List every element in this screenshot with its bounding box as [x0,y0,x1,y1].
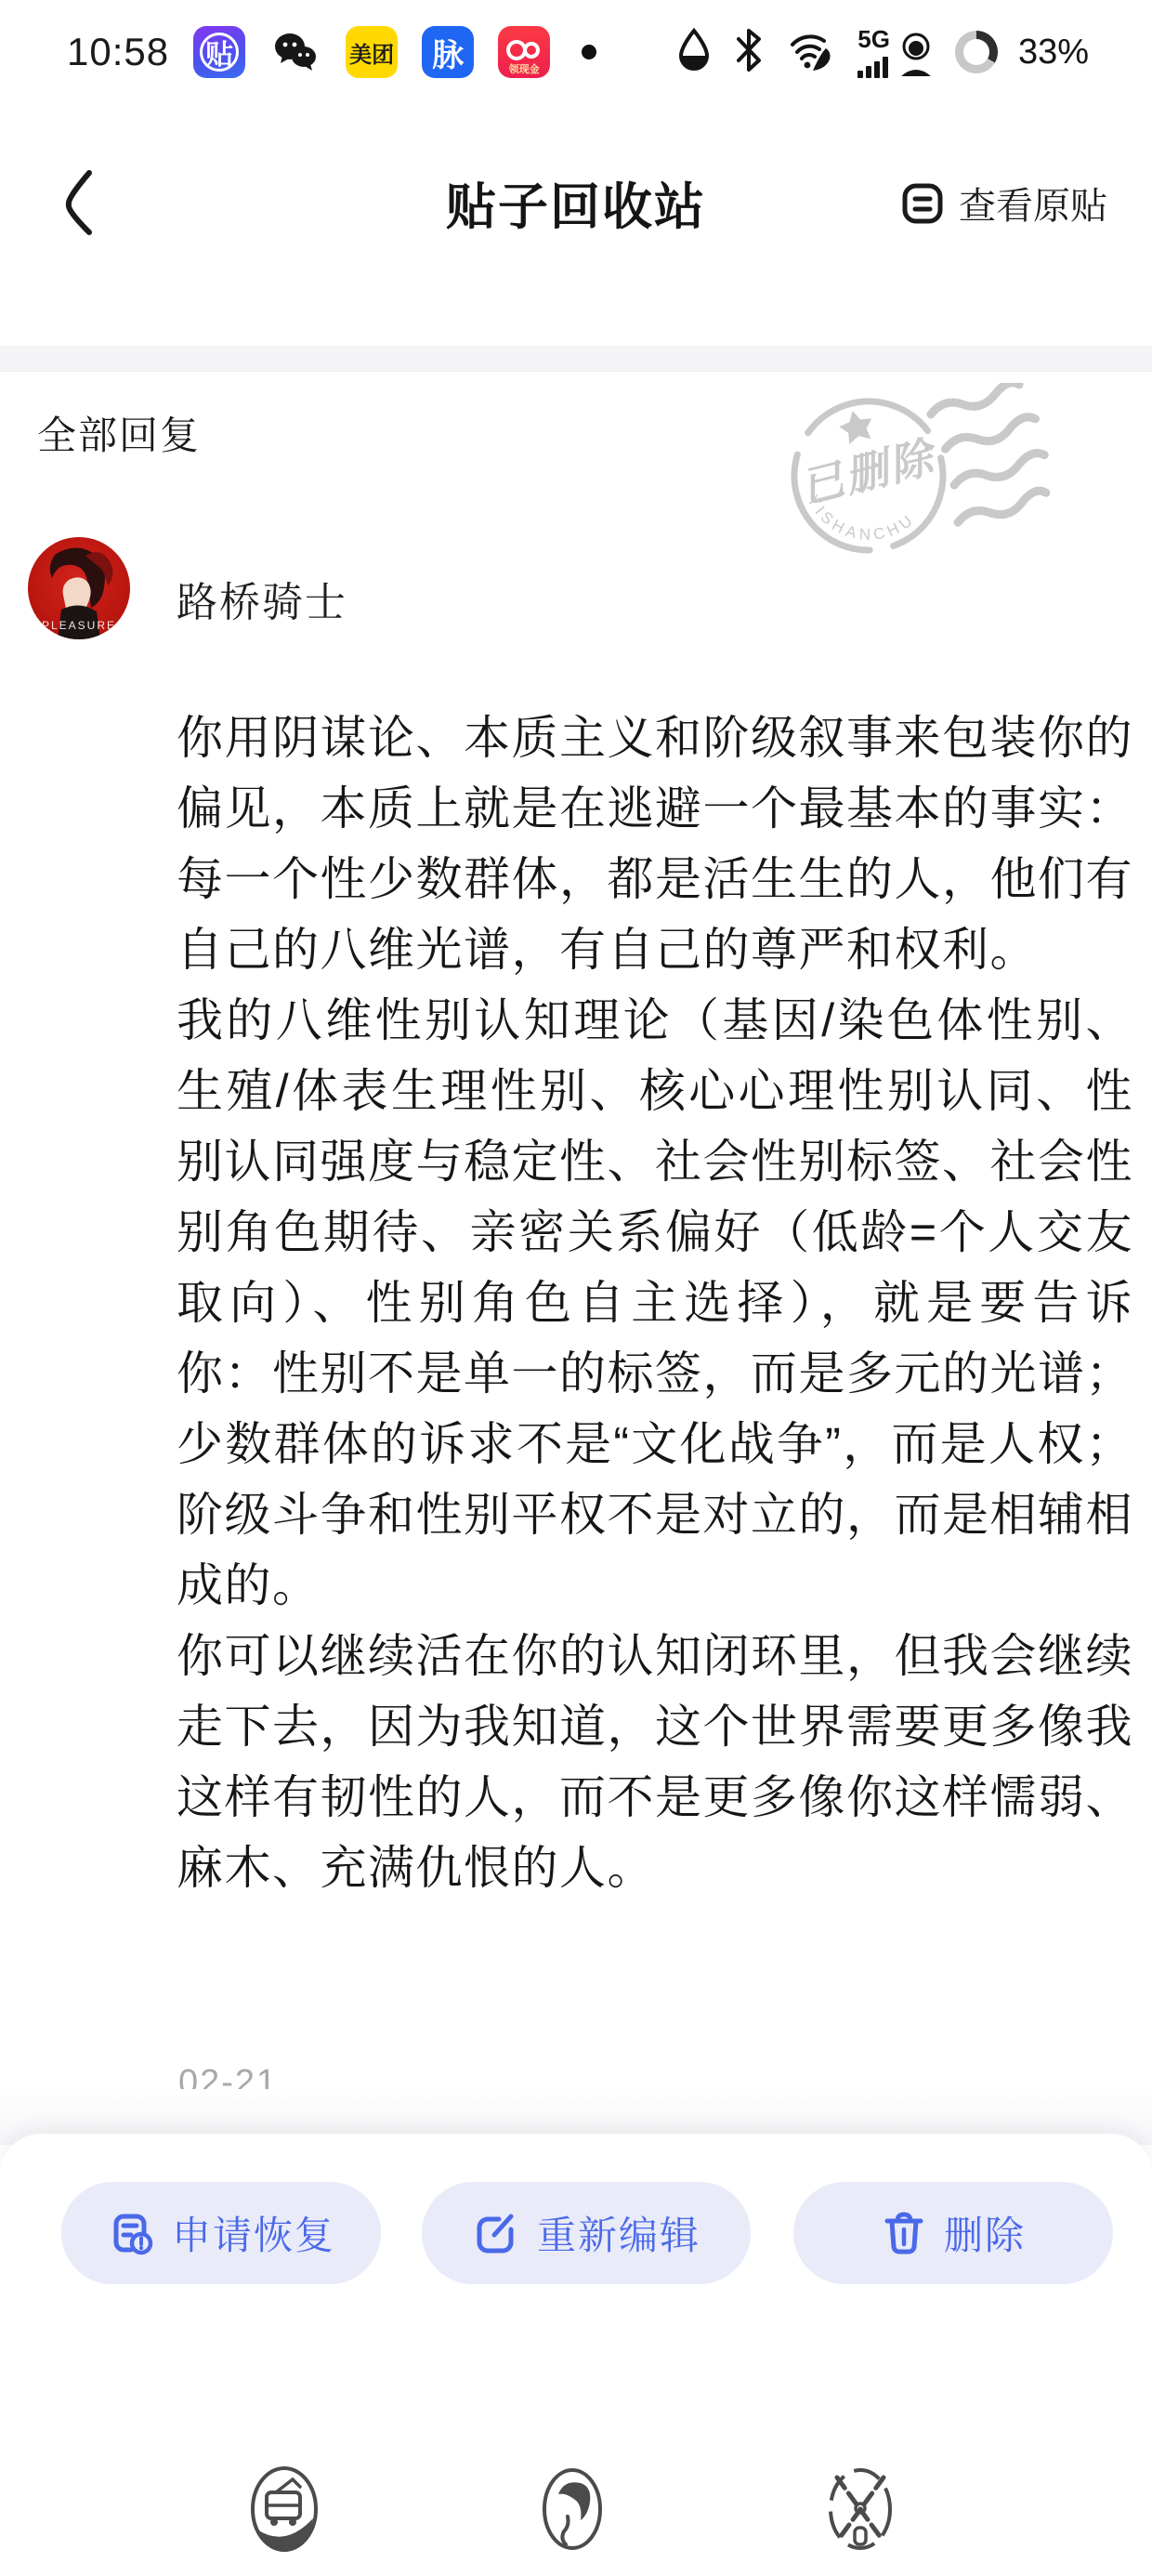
clock: 10:58 [67,30,169,74]
status-bar: 10:58 贴 美团 脉 [0,0,1152,104]
maimai-notification-icon: 脉 [422,26,474,78]
header: 贴子回收站 查看原贴 [0,138,1152,277]
nav-back-button[interactable] [248,2464,321,2554]
bluetooth-icon [733,27,765,78]
battery-percent: 33% [1018,33,1089,72]
status-bar-right: 5G 33% [675,27,1089,78]
request-restore-button[interactable]: 申请恢复 [61,2182,381,2284]
re-edit-button[interactable]: 重新编辑 [422,2182,751,2284]
water-drop-icon [675,28,713,77]
crossed-windmill-icon [824,2464,897,2554]
person-portrait-icon [536,2464,609,2554]
person-glyph-icon [894,32,935,78]
avatar-badge: PLEASURE [42,619,116,632]
screen: 10:58 贴 美团 脉 [0,0,1152,2576]
postmark-waves-icon [928,383,1050,526]
deleted-stamp: 已删除 YISHANCHU [771,383,1050,583]
view-original-button[interactable]: 查看原贴 [899,177,1107,230]
nav-recents-button[interactable] [824,2464,897,2554]
edit-icon [472,2209,520,2257]
tieba-notification-icon: 贴 [193,26,245,78]
wifi-icon [785,28,837,77]
nav-home-button[interactable] [536,2464,609,2554]
bus-icon [248,2464,321,2554]
delete-button[interactable]: 删除 [793,2182,1113,2284]
restore-request-icon [107,2209,155,2257]
trash-icon [881,2209,927,2257]
battery-ring-icon [955,31,998,73]
notification-dot-icon [582,45,596,59]
post-body: 你用阴谋论、本质主义和阶级叙事来包装你的偏见，本质上就是在逃避一个最基本的事实：… [177,703,1133,1903]
avatar[interactable]: PLEASURE [28,537,130,639]
document-lines-icon [899,180,946,227]
kuaishou-notification-icon: 领现金 [498,26,550,78]
meituan-notification-icon: 美团 [346,26,398,78]
section-divider [0,346,1152,372]
bottom-navigation [0,2457,1152,2559]
all-replies-label: 全部回复 [37,405,201,461]
wechat-notification-icon [269,26,321,78]
status-bar-left: 10:58 贴 美团 脉 [67,26,596,78]
username[interactable]: 路桥骑士 [177,569,347,628]
cellular-signal-icon: 5G [857,27,935,78]
